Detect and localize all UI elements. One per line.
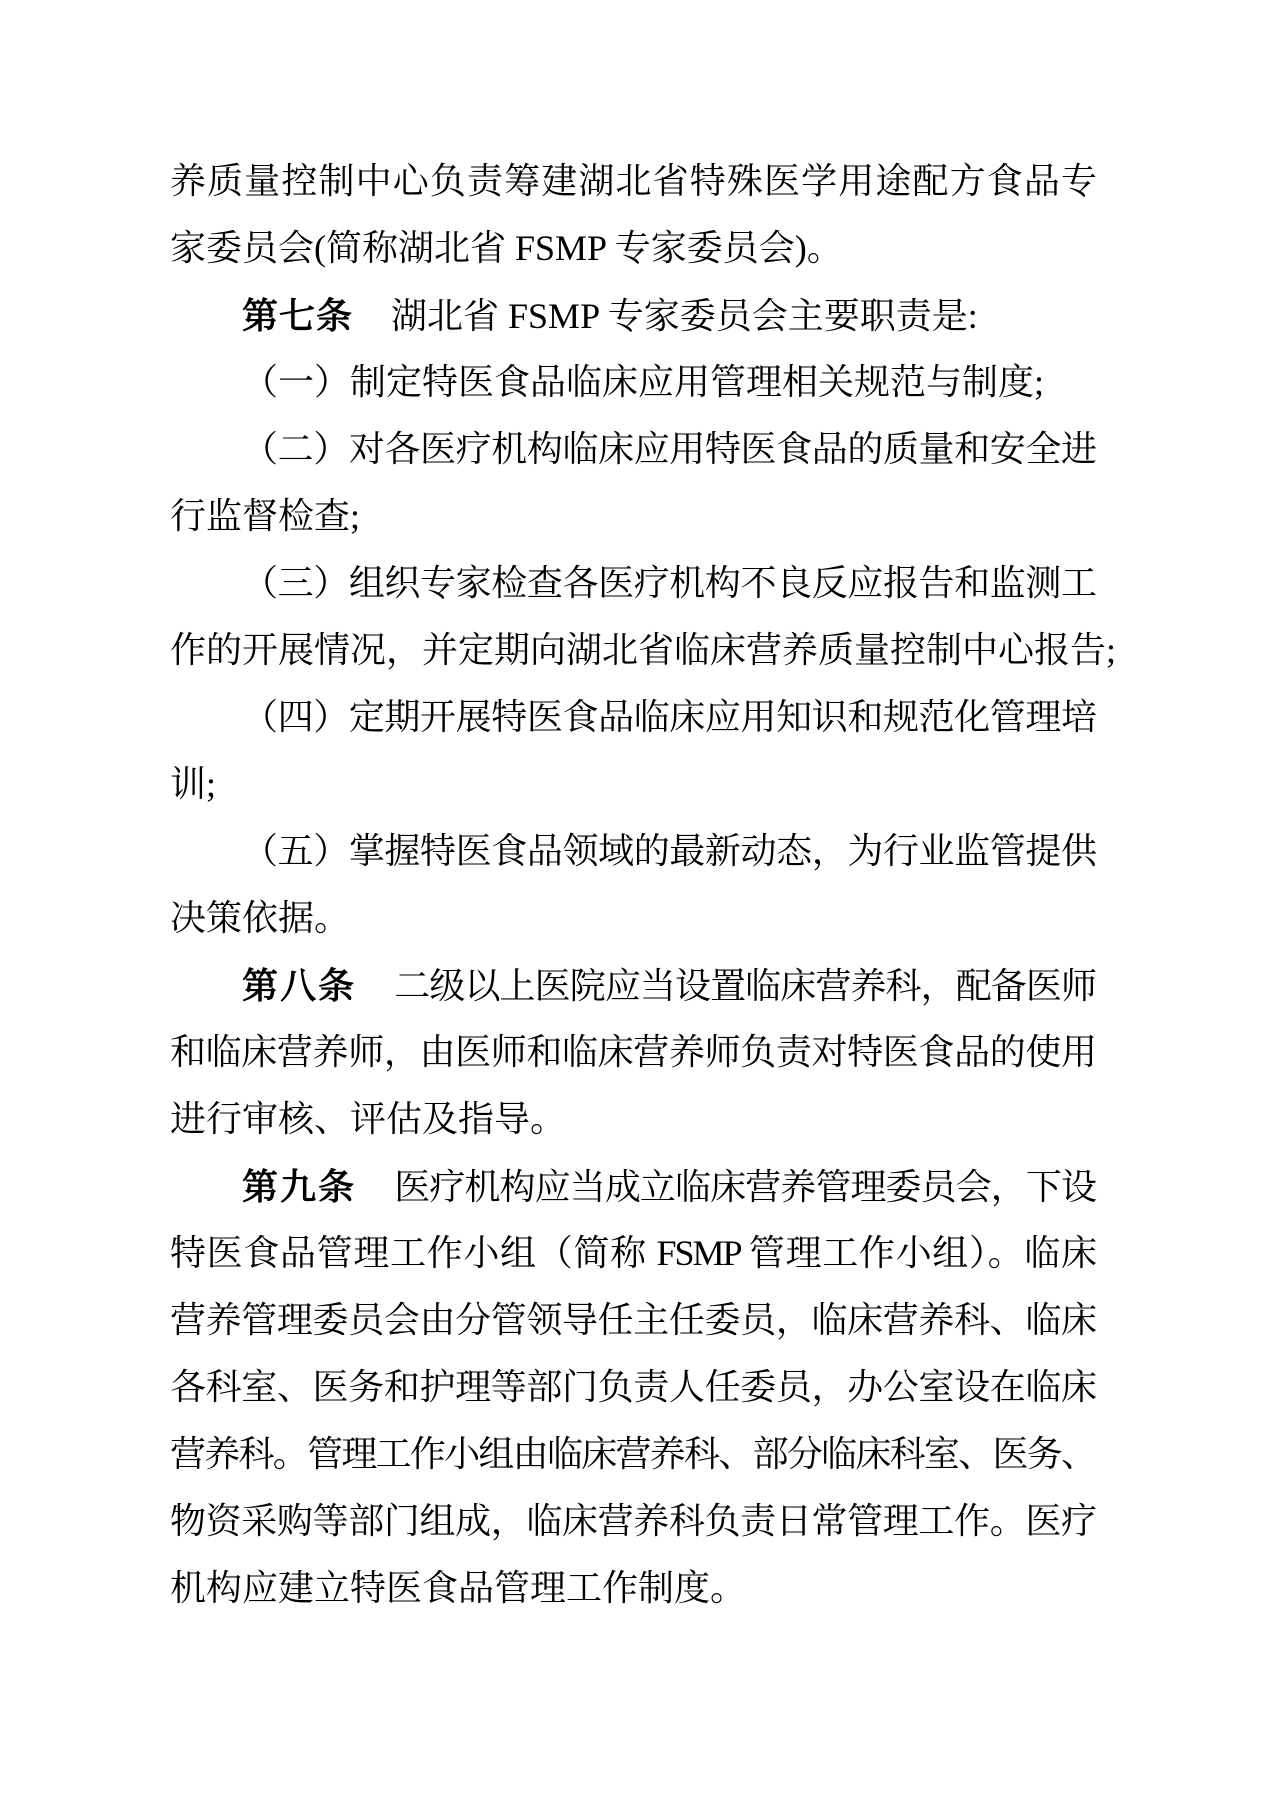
line-text: 特医食品管理工作小组（简称 FSMP 管理工作小组）。临床 <box>170 1233 1095 1273</box>
text-line: 行监督检查; <box>170 483 1095 550</box>
text-line: 养质量控制中心负责筹建湖北省特殊医学用途配方食品专 <box>170 148 1095 215</box>
line-text: 进行审核、评估及指导。 <box>170 1099 566 1139</box>
paragraph-article-7: 第七条湖北省 FSMP 专家委员会主要职责是: <box>170 282 1095 349</box>
text-line: 机构应建立特医食品管理工作制度。 <box>170 1555 1095 1622</box>
line-text: 物资采购等部门组成，临床营养科负责日常管理工作。医疗 <box>170 1501 1095 1541</box>
article-number: 第七条 <box>242 295 353 336</box>
text-line: （一）制定特医食品临床应用管理相关规范与制度; <box>170 349 1095 416</box>
line-text: 湖北省 FSMP 专家委员会主要职责是: <box>391 296 978 336</box>
line-text: 家委员会(简称湖北省 FSMP 专家委员会)。 <box>170 228 843 268</box>
text-line: 作的开展情况，并定期向湖北省临床营养质量控制中心报告; <box>170 617 1095 684</box>
text-line: 第八条二级以上医院应当设置临床营养科，配备医师 <box>170 952 1095 1019</box>
text-line: 营养科。管理工作小组由临床营养科、部分临床科室、医务、 <box>170 1421 1095 1488</box>
line-text: 养质量控制中心负责筹建湖北省特殊医学用途配方食品专 <box>170 161 1095 201</box>
line-text: （一）制定特医食品临床应用管理相关规范与制度; <box>242 362 1044 402</box>
line-text: 训; <box>170 764 216 804</box>
line-text: 医疗机构应当成立临床营养管理委员会，下设 <box>394 1167 1095 1207</box>
text-line: 营养管理委员会由分管领导任主任委员，临床营养科、临床 <box>170 1287 1095 1354</box>
article-number: 第八条 <box>242 965 356 1006</box>
line-text: 营养科。管理工作小组由临床营养科、部分临床科室、医务、 <box>170 1434 1095 1474</box>
text-line: 第七条湖北省 FSMP 专家委员会主要职责是: <box>170 282 1095 349</box>
line-text: 机构应建立特医食品管理工作制度。 <box>170 1568 746 1608</box>
text-line: 各科室、医务和护理等部门负责人任委员，办公室设在临床 <box>170 1354 1095 1421</box>
text-line: 物资采购等部门组成，临床营养科负责日常管理工作。医疗 <box>170 1488 1095 1555</box>
line-text: （三）组织专家检查各医疗机构不良反应报告和监测工 <box>242 563 1095 603</box>
text-line: （二）对各医疗机构临床应用特医食品的质量和安全进 <box>170 416 1095 483</box>
paragraph-continuation: 养质量控制中心负责筹建湖北省特殊医学用途配方食品专 家委员会(简称湖北省 FSM… <box>170 148 1095 282</box>
text-line: 决策依据。 <box>170 885 1095 952</box>
line-text: 作的开展情况，并定期向湖北省临床营养质量控制中心报告; <box>170 630 1116 670</box>
line-text: 行监督检查; <box>170 496 360 536</box>
line-text: 决策依据。 <box>170 898 350 938</box>
paragraph-item-4: （四）定期开展特医食品临床应用知识和规范化管理培 训; <box>170 684 1095 818</box>
text-line: 训; <box>170 751 1095 818</box>
text-line: 进行审核、评估及指导。 <box>170 1086 1095 1153</box>
paragraph-item-3: （三）组织专家检查各医疗机构不良反应报告和监测工 作的开展情况，并定期向湖北省临… <box>170 550 1095 684</box>
line-text: 和临床营养师，由医师和临床营养师负责对特医食品的使用 <box>170 1032 1095 1072</box>
text-line: 第九条医疗机构应当成立临床营养管理委员会，下设 <box>170 1153 1095 1220</box>
paragraph-item-1: （一）制定特医食品临床应用管理相关规范与制度; <box>170 349 1095 416</box>
text-line: 家委员会(简称湖北省 FSMP 专家委员会)。 <box>170 215 1095 282</box>
paragraph-article-8: 第八条二级以上医院应当设置临床营养科，配备医师 和临床营养师，由医师和临床营养师… <box>170 952 1095 1153</box>
line-text: 各科室、医务和护理等部门负责人任委员，办公室设在临床 <box>170 1367 1095 1407</box>
line-text: 营养管理委员会由分管领导任主任委员，临床营养科、临床 <box>170 1300 1095 1340</box>
paragraph-article-9: 第九条医疗机构应当成立临床营养管理委员会，下设 特医食品管理工作小组（简称 FS… <box>170 1153 1095 1622</box>
line-text: 二级以上医院应当设置临床营养科，配备医师 <box>394 966 1095 1006</box>
document-page: 养质量控制中心负责筹建湖北省特殊医学用途配方食品专 家委员会(简称湖北省 FSM… <box>0 0 1280 1809</box>
text-line: 和临床营养师，由医师和临床营养师负责对特医食品的使用 <box>170 1019 1095 1086</box>
text-line: （五）掌握特医食品领域的最新动态，为行业监管提供 <box>170 818 1095 885</box>
text-line: （三）组织专家检查各医疗机构不良反应报告和监测工 <box>170 550 1095 617</box>
paragraph-item-5: （五）掌握特医食品领域的最新动态，为行业监管提供 决策依据。 <box>170 818 1095 952</box>
line-text: （五）掌握特医食品领域的最新动态，为行业监管提供 <box>242 831 1095 871</box>
line-text: （二）对各医疗机构临床应用特医食品的质量和安全进 <box>242 429 1095 469</box>
paragraph-item-2: （二）对各医疗机构临床应用特医食品的质量和安全进 行监督检查; <box>170 416 1095 550</box>
document-body: 养质量控制中心负责筹建湖北省特殊医学用途配方食品专 家委员会(简称湖北省 FSM… <box>170 148 1095 1622</box>
text-line: 特医食品管理工作小组（简称 FSMP 管理工作小组）。临床 <box>170 1220 1095 1287</box>
line-text: （四）定期开展特医食品临床应用知识和规范化管理培 <box>242 697 1095 737</box>
text-line: （四）定期开展特医食品临床应用知识和规范化管理培 <box>170 684 1095 751</box>
article-number: 第九条 <box>242 1166 356 1207</box>
